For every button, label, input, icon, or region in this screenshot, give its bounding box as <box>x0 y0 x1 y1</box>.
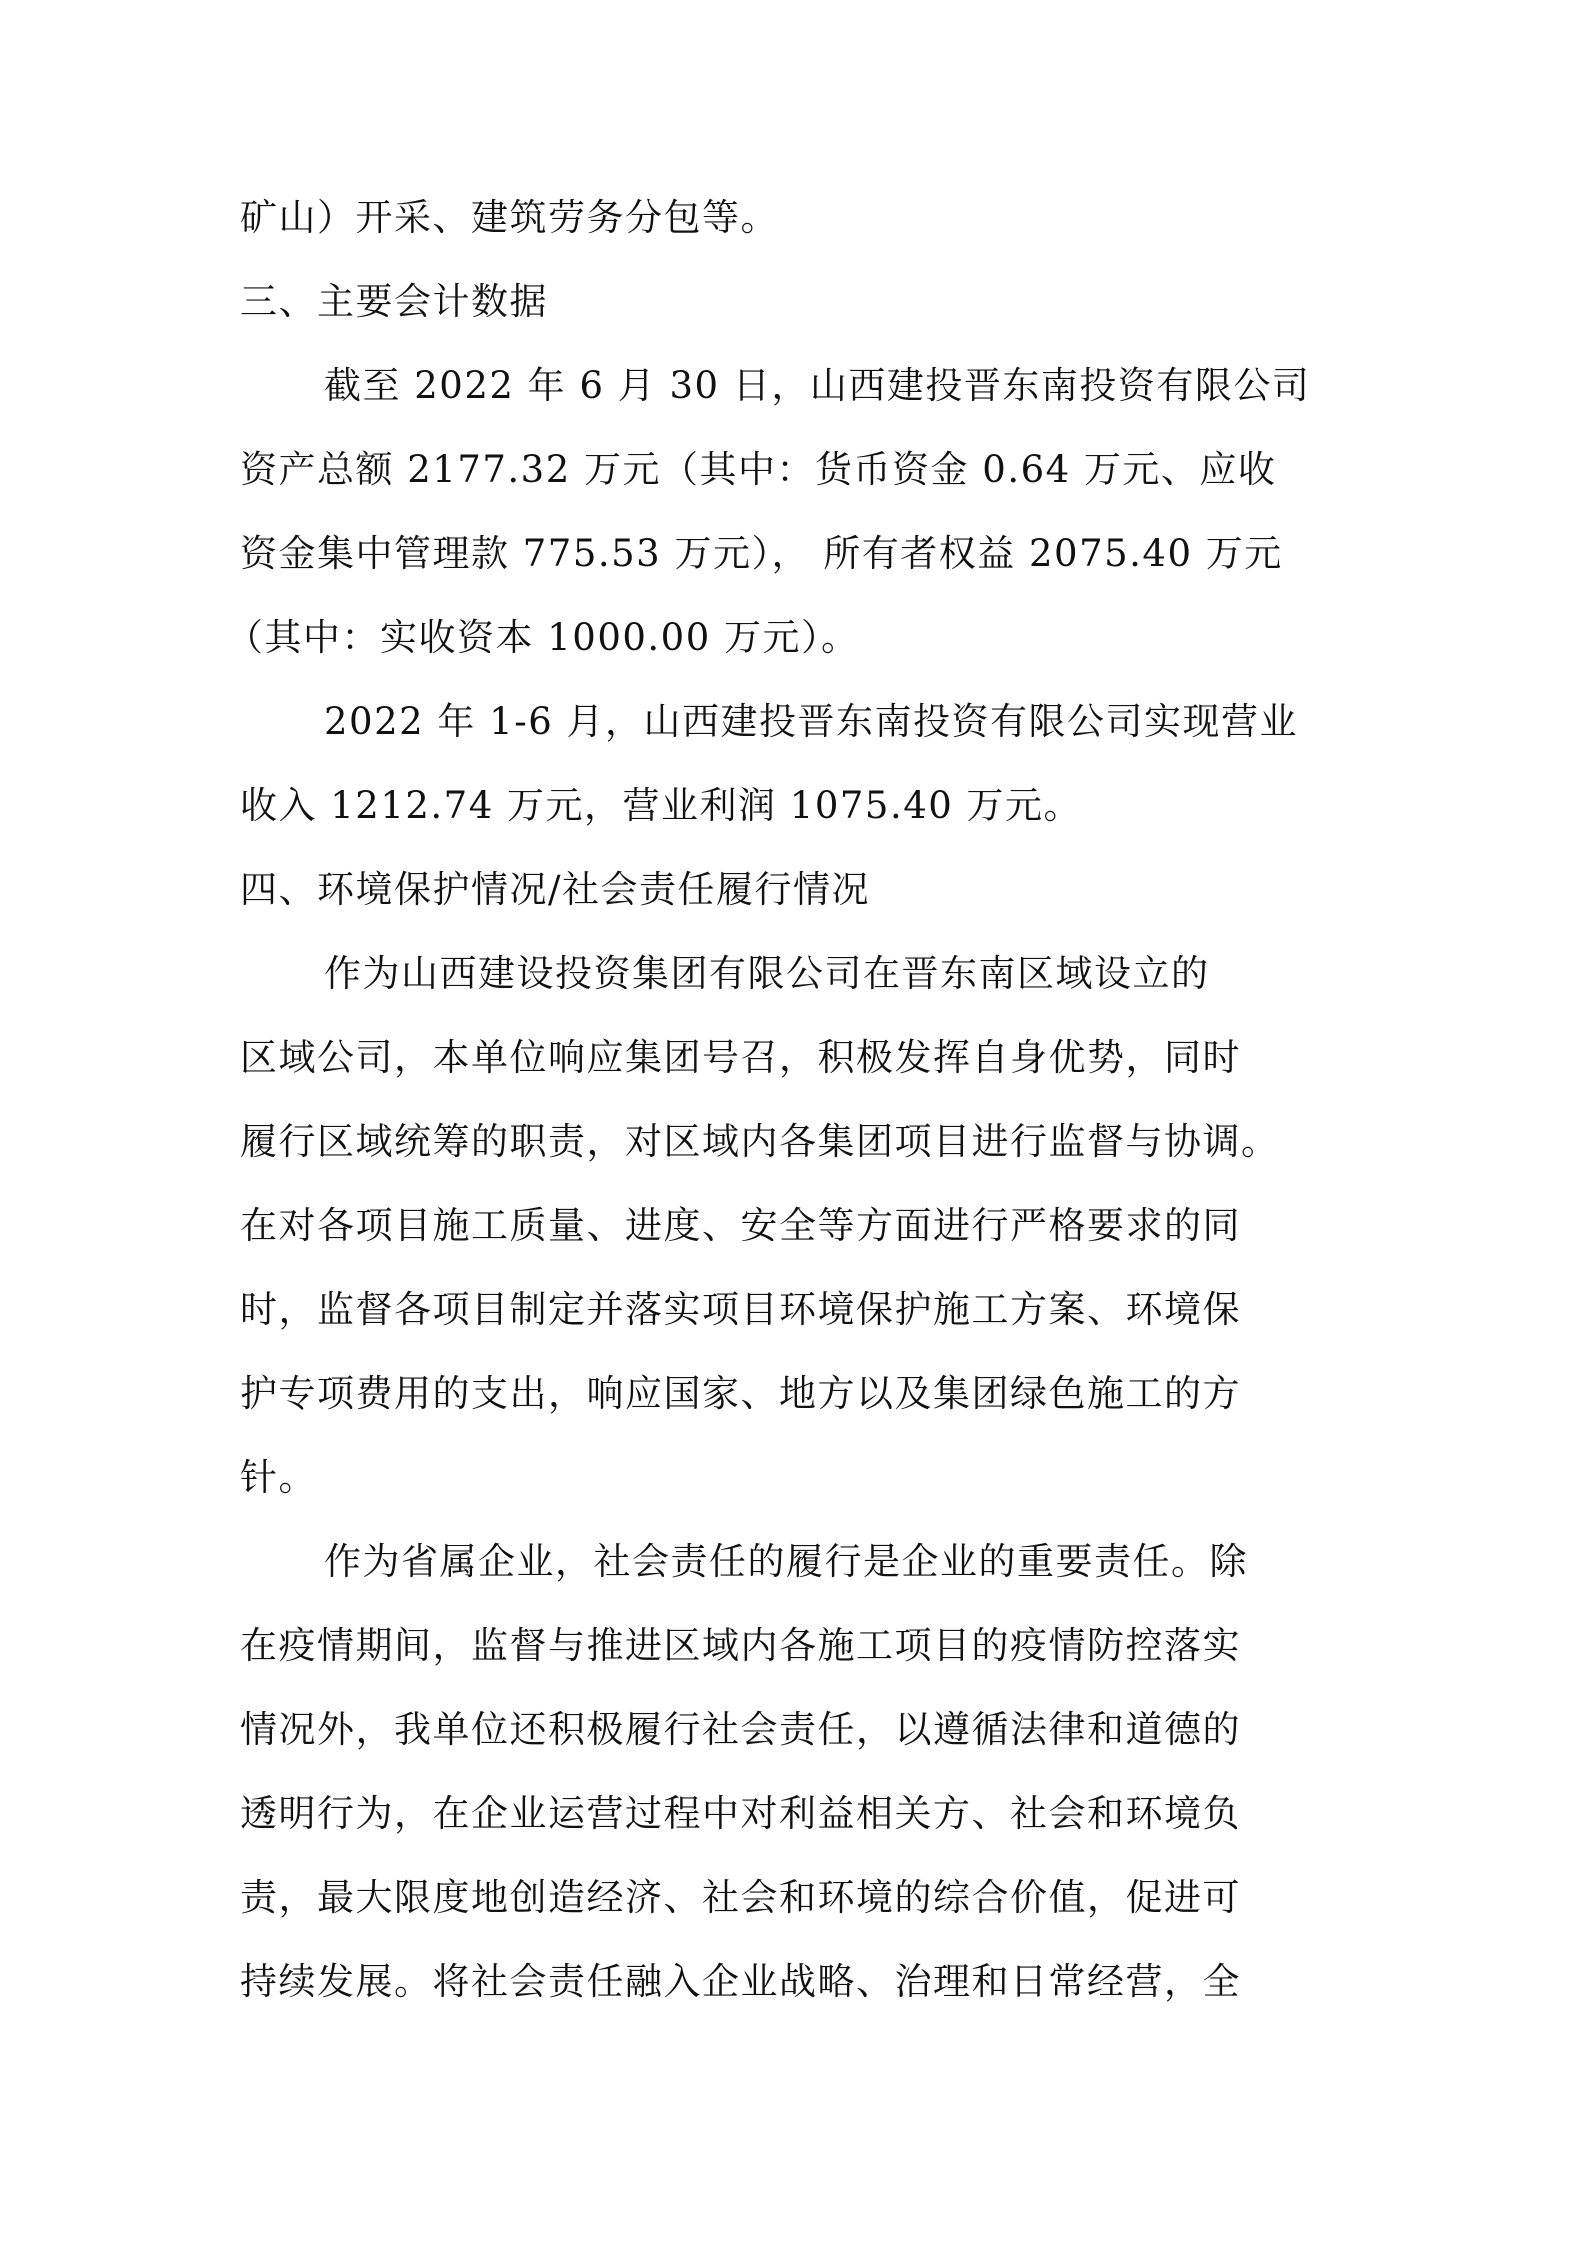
section-heading-environment-social: 四、环境保护情况/社会责任履行情况 <box>240 866 870 914</box>
text-line: 时，监督各项目制定并落实项目环境保护施工方案、环境保 <box>240 1286 1241 1334</box>
text-line: （其中：实收资本 1000.00 万元）。 <box>226 614 860 662</box>
text-line: 资产总额 2177.32 万元（其中：货币资金 0.64 万元、应收 <box>240 446 1276 494</box>
paragraph-first-line: 作为省属企业，社会责任的履行是企业的重要责任。除 <box>324 1538 1248 1586</box>
section-heading-accounting-data: 三、主要会计数据 <box>240 278 548 326</box>
text-line: 责，最大限度地创造经济、社会和环境的综合价值，促进可 <box>240 1874 1241 1922</box>
text-line: 情况外，我单位还积极履行社会责任，以遵循法律和道德的 <box>240 1706 1241 1754</box>
text-line: 持续发展。将社会责任融入企业战略、治理和日常经营，全 <box>240 1958 1241 2006</box>
text-line: 履行区域统筹的职责，对区域内各集团项目进行监督与协调。 <box>240 1118 1280 1166</box>
text-line: 收入 1212.74 万元，营业利润 1075.40 万元。 <box>240 782 1082 830</box>
text-line: 矿山）开采、建筑劳务分包等。 <box>240 194 779 242</box>
text-line: 资金集中管理款 775.53 万元）， 所有者权益 2075.40 万元 <box>240 530 1283 578</box>
document-page: 矿山）开采、建筑劳务分包等。 三、主要会计数据 截至 2022 年 6 月 30… <box>0 0 1587 2245</box>
text-line: 针。 <box>240 1454 317 1502</box>
paragraph-first-line: 作为山西建设投资集团有限公司在晋东南区域设立的 <box>324 950 1210 998</box>
text-line: 护专项费用的支出，响应国家、地方以及集团绿色施工的方 <box>240 1370 1241 1418</box>
text-line: 区域公司，本单位响应集团号召，积极发挥自身优势，同时 <box>240 1034 1241 1082</box>
text-line: 透明行为，在企业运营过程中对利益相关方、社会和环境负 <box>240 1790 1241 1838</box>
paragraph-first-line: 2022 年 1-6 月，山西建投晋东南投资有限公司实现营业 <box>324 698 1298 746</box>
paragraph-first-line: 截至 2022 年 6 月 30 日，山西建投晋东南投资有限公司 <box>324 362 1310 410</box>
text-line: 在疫情期间，监督与推进区域内各施工项目的疫情防控落实 <box>240 1622 1241 1670</box>
text-line: 在对各项目施工质量、进度、安全等方面进行严格要求的同 <box>240 1202 1241 1250</box>
